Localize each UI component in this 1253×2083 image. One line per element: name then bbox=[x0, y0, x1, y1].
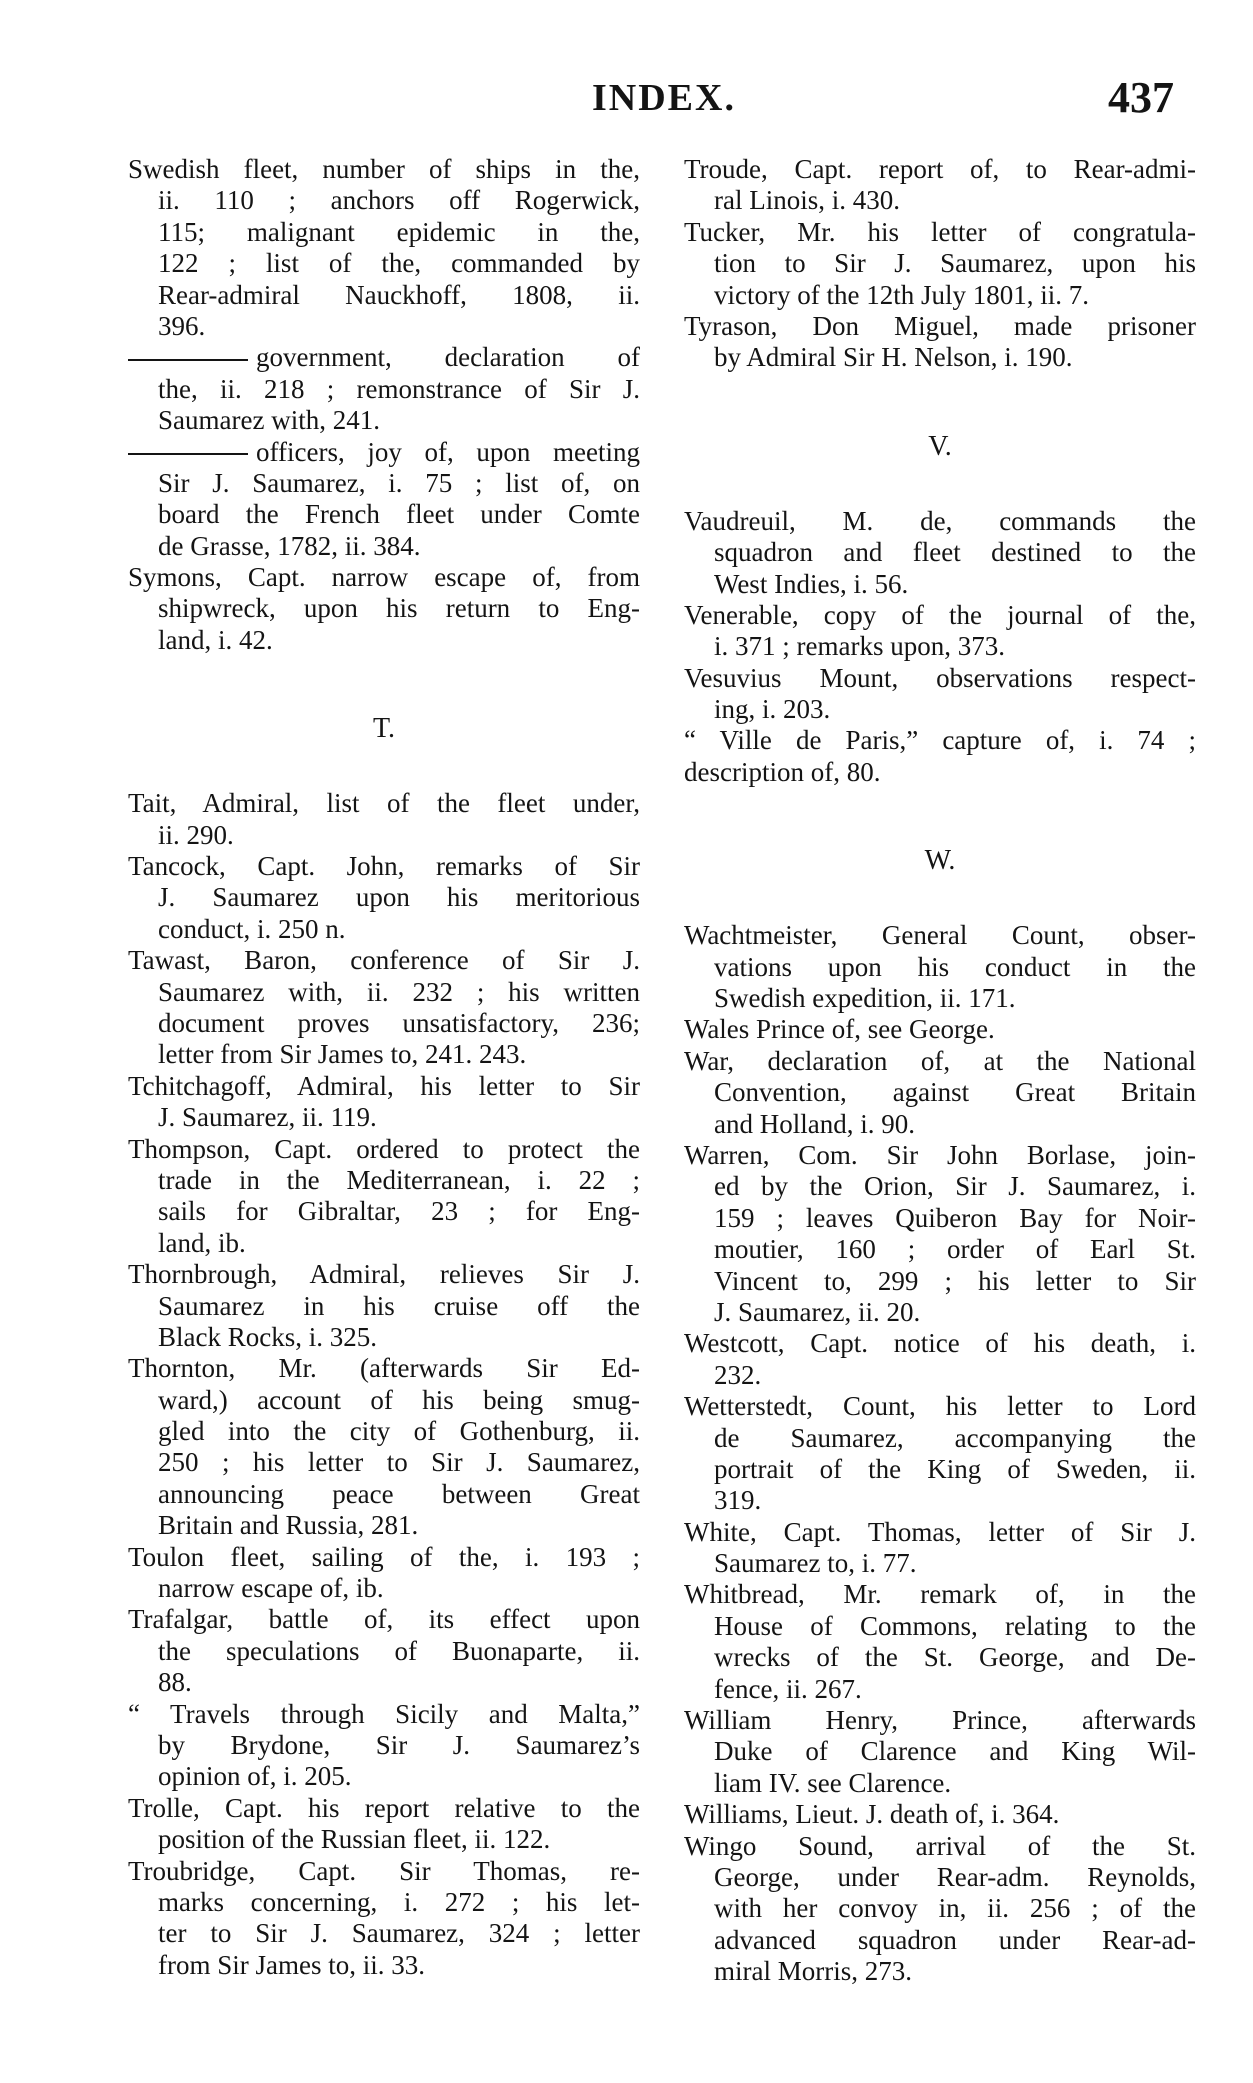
index-entry: Williams, Lieut. J. death of, i. 364. bbox=[684, 1799, 1196, 1830]
entry-line: Swedish expedition, ii. 171. bbox=[684, 983, 1196, 1014]
entry-line: Venerable, copy of the journal of the, bbox=[684, 600, 1196, 631]
index-entry: Trolle, Capt. his report relative to the… bbox=[128, 1793, 640, 1856]
entry-line: Saumarez to, i. 77. bbox=[684, 1548, 1196, 1579]
entry-line: Saumarez with, ii. 232 ; his written bbox=[128, 977, 640, 1008]
ditto-dash bbox=[128, 359, 248, 361]
entry-line: land, ib. bbox=[128, 1228, 640, 1259]
index-entry: Tait, Admiral, list of the fleet under, … bbox=[128, 788, 640, 851]
entry-line: Tyrason, Don Miguel, made prisoner bbox=[684, 311, 1196, 342]
index-entry: White, Capt. Thomas, letter of Sir J. Sa… bbox=[684, 1517, 1196, 1580]
entry-line: the speculations of Buonaparte, ii. bbox=[128, 1636, 640, 1667]
index-entry: Tancock, Capt. John, remarks of Sir J. S… bbox=[128, 851, 640, 945]
entry-line: J. Saumarez, ii. 119. bbox=[128, 1102, 640, 1133]
entry-line: Sir J. Saumarez, i. 75 ; list of, on bbox=[128, 468, 640, 499]
entry-line: liam IV. see Clarence. bbox=[684, 1768, 1196, 1799]
index-entry: “ Ville de Paris,” capture of, i. 74 ; d… bbox=[684, 725, 1196, 788]
index-entry: Troubridge, Capt. Sir Thomas, re- marks … bbox=[128, 1856, 640, 1982]
entry-text: government, declaration of bbox=[256, 342, 640, 372]
index-entry: Tyrason, Don Miguel, made prisoner by Ad… bbox=[684, 311, 1196, 374]
index-entry: Troude, Capt. report of, to Rear-admi- r… bbox=[684, 154, 1196, 217]
entry-line: from Sir James to, ii. 33. bbox=[128, 1950, 640, 1981]
right-column: Troude, Capt. report of, to Rear-admi- r… bbox=[684, 154, 1196, 1988]
entry-line: 250 ; his letter to Sir J. Saumarez, bbox=[128, 1447, 640, 1478]
index-entry: Trafalgar, battle of, its effect upon th… bbox=[128, 1604, 640, 1698]
index-entry: Tucker, Mr. his letter of congratula- ti… bbox=[684, 217, 1196, 311]
entry-line: fence, ii. 267. bbox=[684, 1674, 1196, 1705]
entry-line: announcing peace between Great bbox=[128, 1479, 640, 1510]
entry-line: by Brydone, Sir J. Saumarez’s bbox=[128, 1730, 640, 1761]
index-entry: Wingo Sound, arrival of the St. George, … bbox=[684, 1831, 1196, 1988]
entry-line: Trolle, Capt. his report relative to the bbox=[128, 1793, 640, 1824]
entry-line: Wetterstedt, Count, his letter to Lord bbox=[684, 1391, 1196, 1422]
entry-line: Wingo Sound, arrival of the St. bbox=[684, 1831, 1196, 1862]
index-entry: Wales Prince of, see George. bbox=[684, 1014, 1196, 1045]
entry-line: William Henry, Prince, afterwards bbox=[684, 1705, 1196, 1736]
entry-line: White, Capt. Thomas, letter of Sir J. bbox=[684, 1517, 1196, 1548]
index-entry: “ Travels through Sicily and Malta,” by … bbox=[128, 1699, 640, 1793]
entry-line: with her convoy in, ii. 256 ; of the bbox=[684, 1893, 1196, 1924]
index-entry: Vesuvius Mount, observations respect- in… bbox=[684, 663, 1196, 726]
entry-line: J. Saumarez upon his meritorious bbox=[128, 882, 640, 913]
entry-line: de Grasse, 1782, ii. 384. bbox=[128, 531, 640, 562]
entry-line: Vaudreuil, M. de, commands the bbox=[684, 506, 1196, 537]
entry-line: squadron and fleet destined to the bbox=[684, 537, 1196, 568]
entry-line: gled into the city of Gothenburg, ii. bbox=[128, 1416, 640, 1447]
entry-line: portrait of the King of Sweden, ii. bbox=[684, 1454, 1196, 1485]
index-entry: Westcott, Capt. notice of his death, i. … bbox=[684, 1328, 1196, 1391]
entry-line: ii. 110 ; anchors off Rogerwick, bbox=[128, 185, 640, 216]
entry-line: 232. bbox=[684, 1360, 1196, 1391]
entry-line: “ Travels through Sicily and Malta,” bbox=[128, 1699, 640, 1730]
entry-line: Williams, Lieut. J. death of, i. 364. bbox=[684, 1799, 1196, 1830]
entry-line: victory of the 12th July 1801, ii. 7. bbox=[684, 280, 1196, 311]
entry-line: Toulon fleet, sailing of the, i. 193 ; bbox=[128, 1542, 640, 1573]
entry-line: Trafalgar, battle of, its effect upon bbox=[128, 1604, 640, 1635]
section-heading-w: W. bbox=[684, 838, 1196, 884]
entry-line: the, ii. 218 ; remonstrance of Sir J. bbox=[128, 374, 640, 405]
entry-line: Wachtmeister, General Count, obser- bbox=[684, 920, 1196, 951]
entry-line: 115; malignant epidemic in the, bbox=[128, 217, 640, 248]
index-entry: Vaudreuil, M. de, commands the squadron … bbox=[684, 506, 1196, 600]
entry-line: position of the Russian fleet, ii. 122. bbox=[128, 1824, 640, 1855]
entry-line: Tancock, Capt. John, remarks of Sir bbox=[128, 851, 640, 882]
entry-line: miral Morris, 273. bbox=[684, 1956, 1196, 1987]
entry-line: Troubridge, Capt. Sir Thomas, re- bbox=[128, 1856, 640, 1887]
entry-line: House of Commons, relating to the bbox=[684, 1611, 1196, 1642]
entry-line: board the French fleet under Comte bbox=[128, 499, 640, 530]
entry-line: Swedish fleet, number of ships in the, bbox=[128, 154, 640, 185]
entry-line: Duke of Clarence and King Wil- bbox=[684, 1736, 1196, 1767]
entry-line: i. 371 ; remarks upon, 373. bbox=[684, 631, 1196, 662]
running-title: INDEX. bbox=[592, 76, 736, 120]
entry-line: Thornbrough, Admiral, relieves Sir J. bbox=[128, 1259, 640, 1290]
entry-line: Tucker, Mr. his letter of congratula- bbox=[684, 217, 1196, 248]
index-entry: Tawast, Baron, conference of Sir J. Saum… bbox=[128, 945, 640, 1071]
entry-line: West Indies, i. 56. bbox=[684, 569, 1196, 600]
section-heading-t: T. bbox=[128, 706, 640, 752]
index-entry: Symons, Capt. narrow escape of, from shi… bbox=[128, 562, 640, 656]
entry-line: Vesuvius Mount, observations respect- bbox=[684, 663, 1196, 694]
entry-line: 122 ; list of the, commanded by bbox=[128, 248, 640, 279]
entry-line: government, declaration of bbox=[128, 342, 640, 373]
entry-line: ter to Sir J. Saumarez, 324 ; letter bbox=[128, 1918, 640, 1949]
entry-line: sails for Gibraltar, 23 ; for Eng- bbox=[128, 1196, 640, 1227]
entry-line: vations upon his conduct in the bbox=[684, 952, 1196, 983]
entry-line: Symons, Capt. narrow escape of, from bbox=[128, 562, 640, 593]
entry-line: 319. bbox=[684, 1485, 1196, 1516]
entry-line: Saumarez in his cruise off the bbox=[128, 1291, 640, 1322]
entry-line: “ Ville de Paris,” capture of, i. 74 ; bbox=[684, 725, 1196, 756]
index-entry: Toulon fleet, sailing of the, i. 193 ; n… bbox=[128, 1542, 640, 1605]
entry-line: Britain and Russia, 281. bbox=[128, 1510, 640, 1541]
index-entry: Tchitchagoff, Admiral, his letter to Sir… bbox=[128, 1071, 640, 1134]
index-entry: Thompson, Capt. ordered to protect the t… bbox=[128, 1134, 640, 1260]
entry-line: Saumarez with, 241. bbox=[128, 405, 640, 436]
entry-line: marks concerning, i. 272 ; his let- bbox=[128, 1887, 640, 1918]
entry-line: J. Saumarez, ii. 20. bbox=[684, 1297, 1196, 1328]
entry-line: Whitbread, Mr. remark of, in the bbox=[684, 1579, 1196, 1610]
entry-line: letter from Sir James to, 241. 243. bbox=[128, 1039, 640, 1070]
entry-line: document proves unsatisfactory, 236; bbox=[128, 1008, 640, 1039]
entry-line: land, i. 42. bbox=[128, 625, 640, 656]
entry-line: wrecks of the St. George, and De- bbox=[684, 1642, 1196, 1673]
entry-line: narrow escape of, ib. bbox=[128, 1573, 640, 1604]
entry-line: ed by the Orion, Sir J. Saumarez, i. bbox=[684, 1171, 1196, 1202]
entry-line: Warren, Com. Sir John Borlase, join- bbox=[684, 1140, 1196, 1171]
index-entry: Venerable, copy of the journal of the, i… bbox=[684, 600, 1196, 663]
index-subentry: government, declaration of the, ii. 218 … bbox=[128, 342, 640, 436]
ditto-dash bbox=[128, 453, 248, 455]
entry-line: Troude, Capt. report of, to Rear-admi- bbox=[684, 154, 1196, 185]
entry-line: War, declaration of, at the National bbox=[684, 1046, 1196, 1077]
index-entry: Wetterstedt, Count, his letter to Lord d… bbox=[684, 1391, 1196, 1517]
entry-line: Tchitchagoff, Admiral, his letter to Sir bbox=[128, 1071, 640, 1102]
entry-line: advanced squadron under Rear-ad- bbox=[684, 1925, 1196, 1956]
entry-line: Rear-admiral Nauckhoff, 1808, ii. bbox=[128, 280, 640, 311]
index-entry: Whitbread, Mr. remark of, in the House o… bbox=[684, 1579, 1196, 1705]
entry-line: 88. bbox=[128, 1667, 640, 1698]
entry-text: officers, joy of, upon meeting bbox=[256, 437, 640, 467]
index-subentry: officers, joy of, upon meeting Sir J. Sa… bbox=[128, 437, 640, 563]
entry-line: ing, i. 203. bbox=[684, 694, 1196, 725]
entry-line: ward,) account of his being smug- bbox=[128, 1385, 640, 1416]
entry-line: description of, 80. bbox=[684, 757, 1196, 788]
entry-line: de Saumarez, accompanying the bbox=[684, 1423, 1196, 1454]
entry-line: Tawast, Baron, conference of Sir J. bbox=[128, 945, 640, 976]
page-number: 437 bbox=[1108, 72, 1174, 123]
index-entry: William Henry, Prince, afterwards Duke o… bbox=[684, 1705, 1196, 1799]
entry-line: trade in the Mediterranean, i. 22 ; bbox=[128, 1165, 640, 1196]
entry-line: ii. 290. bbox=[128, 820, 640, 851]
entry-line: tion to Sir J. Saumarez, upon his bbox=[684, 248, 1196, 279]
entry-line: shipwreck, upon his return to Eng- bbox=[128, 593, 640, 624]
page-header: INDEX. 437 bbox=[0, 72, 1253, 132]
entry-line: Tait, Admiral, list of the fleet under, bbox=[128, 788, 640, 819]
left-column: Swedish fleet, number of ships in the, i… bbox=[128, 154, 640, 1981]
entry-line: moutier, 160 ; order of Earl St. bbox=[684, 1234, 1196, 1265]
entry-line: by Admiral Sir H. Nelson, i. 190. bbox=[684, 342, 1196, 373]
entry-line: officers, joy of, upon meeting bbox=[128, 437, 640, 468]
entry-line: Thornton, Mr. (afterwards Sir Ed- bbox=[128, 1353, 640, 1384]
entry-line: Thompson, Capt. ordered to protect the bbox=[128, 1134, 640, 1165]
entry-line: 396. bbox=[128, 311, 640, 342]
index-entry: Swedish fleet, number of ships in the, i… bbox=[128, 154, 640, 342]
index-entry: Wachtmeister, General Count, obser- vati… bbox=[684, 920, 1196, 1014]
entry-line: Westcott, Capt. notice of his death, i. bbox=[684, 1328, 1196, 1359]
entry-line: 159 ; leaves Quiberon Bay for Noir- bbox=[684, 1203, 1196, 1234]
entry-line: Black Rocks, i. 325. bbox=[128, 1322, 640, 1353]
entry-line: conduct, i. 250 n. bbox=[128, 914, 640, 945]
entry-line: opinion of, i. 205. bbox=[128, 1761, 640, 1792]
index-entry: War, declaration of, at the National Con… bbox=[684, 1046, 1196, 1140]
index-entry: Warren, Com. Sir John Borlase, join- ed … bbox=[684, 1140, 1196, 1328]
index-entry: Thornbrough, Admiral, relieves Sir J. Sa… bbox=[128, 1259, 640, 1353]
entry-line: ral Linois, i. 430. bbox=[684, 185, 1196, 216]
entry-line: Vincent to, 299 ; his letter to Sir bbox=[684, 1266, 1196, 1297]
section-heading-v: V. bbox=[684, 424, 1196, 470]
entry-line: George, under Rear-adm. Reynolds, bbox=[684, 1862, 1196, 1893]
entry-line: Convention, against Great Britain bbox=[684, 1077, 1196, 1108]
index-entry: Thornton, Mr. (afterwards Sir Ed- ward,)… bbox=[128, 1353, 640, 1541]
entry-line: and Holland, i. 90. bbox=[684, 1109, 1196, 1140]
entry-line: Wales Prince of, see George. bbox=[684, 1014, 1196, 1045]
